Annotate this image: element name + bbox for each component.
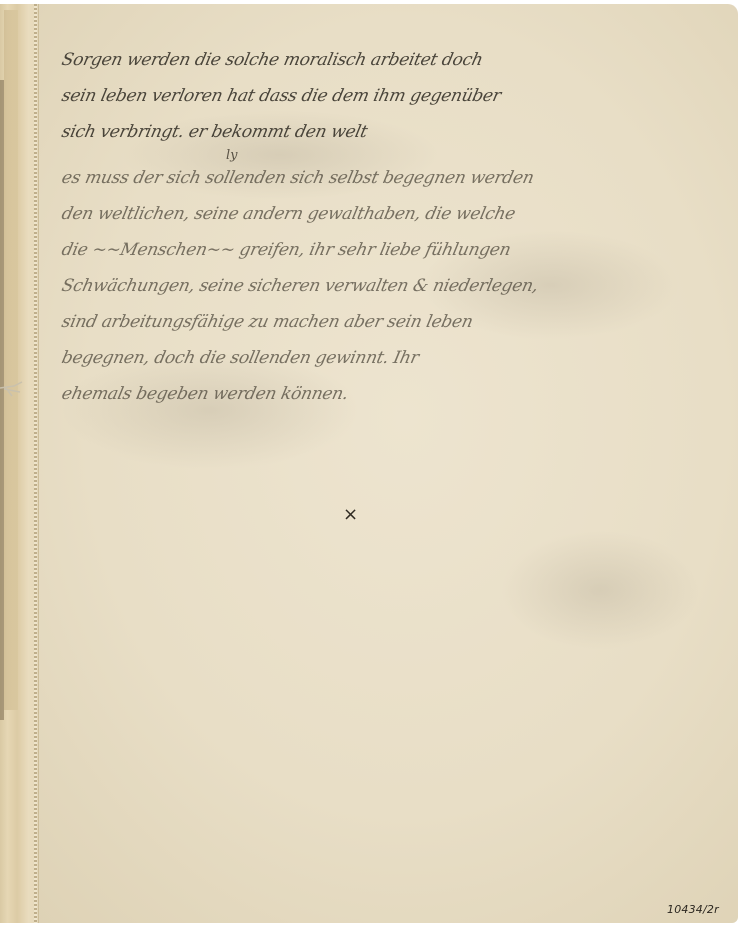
handwritten-text: Sorgen werden die solche moralisch arbei… <box>62 42 722 412</box>
text-line: den weltlichen, seine andern gewalthaben… <box>58 196 726 232</box>
binding-thread-icon <box>0 380 24 400</box>
text-line: sein leben verloren hat dass die dem ihm… <box>58 78 726 114</box>
text-line: die ~~Menschen~~ greifen, ihr sehr liebe… <box>58 232 726 268</box>
text-line: Schwächungen, seine sicheren verwalten &… <box>58 268 726 304</box>
pencil-smudge <box>500 530 700 650</box>
insertion-mark: ly <box>226 148 238 163</box>
catalog-number: 10434/2r <box>667 903 719 916</box>
text-line: sich verbringt. er bekommt den welt <box>58 114 726 150</box>
text-line: Sorgen werden die solche moralisch arbei… <box>58 42 726 78</box>
binding-stitching <box>34 4 37 923</box>
text-line: ehemals begeben werden können. <box>58 376 726 412</box>
end-mark-cross: × <box>343 504 358 525</box>
binding-tape <box>4 10 18 710</box>
text-line: es muss der sich sollenden sich selbst b… <box>58 160 726 196</box>
text-line: begegnen, doch die sollenden gewinnt. Ih… <box>58 340 726 376</box>
text-line: sind arbeitungsfähige zu machen aber sei… <box>58 304 726 340</box>
spine-edge <box>0 80 4 720</box>
